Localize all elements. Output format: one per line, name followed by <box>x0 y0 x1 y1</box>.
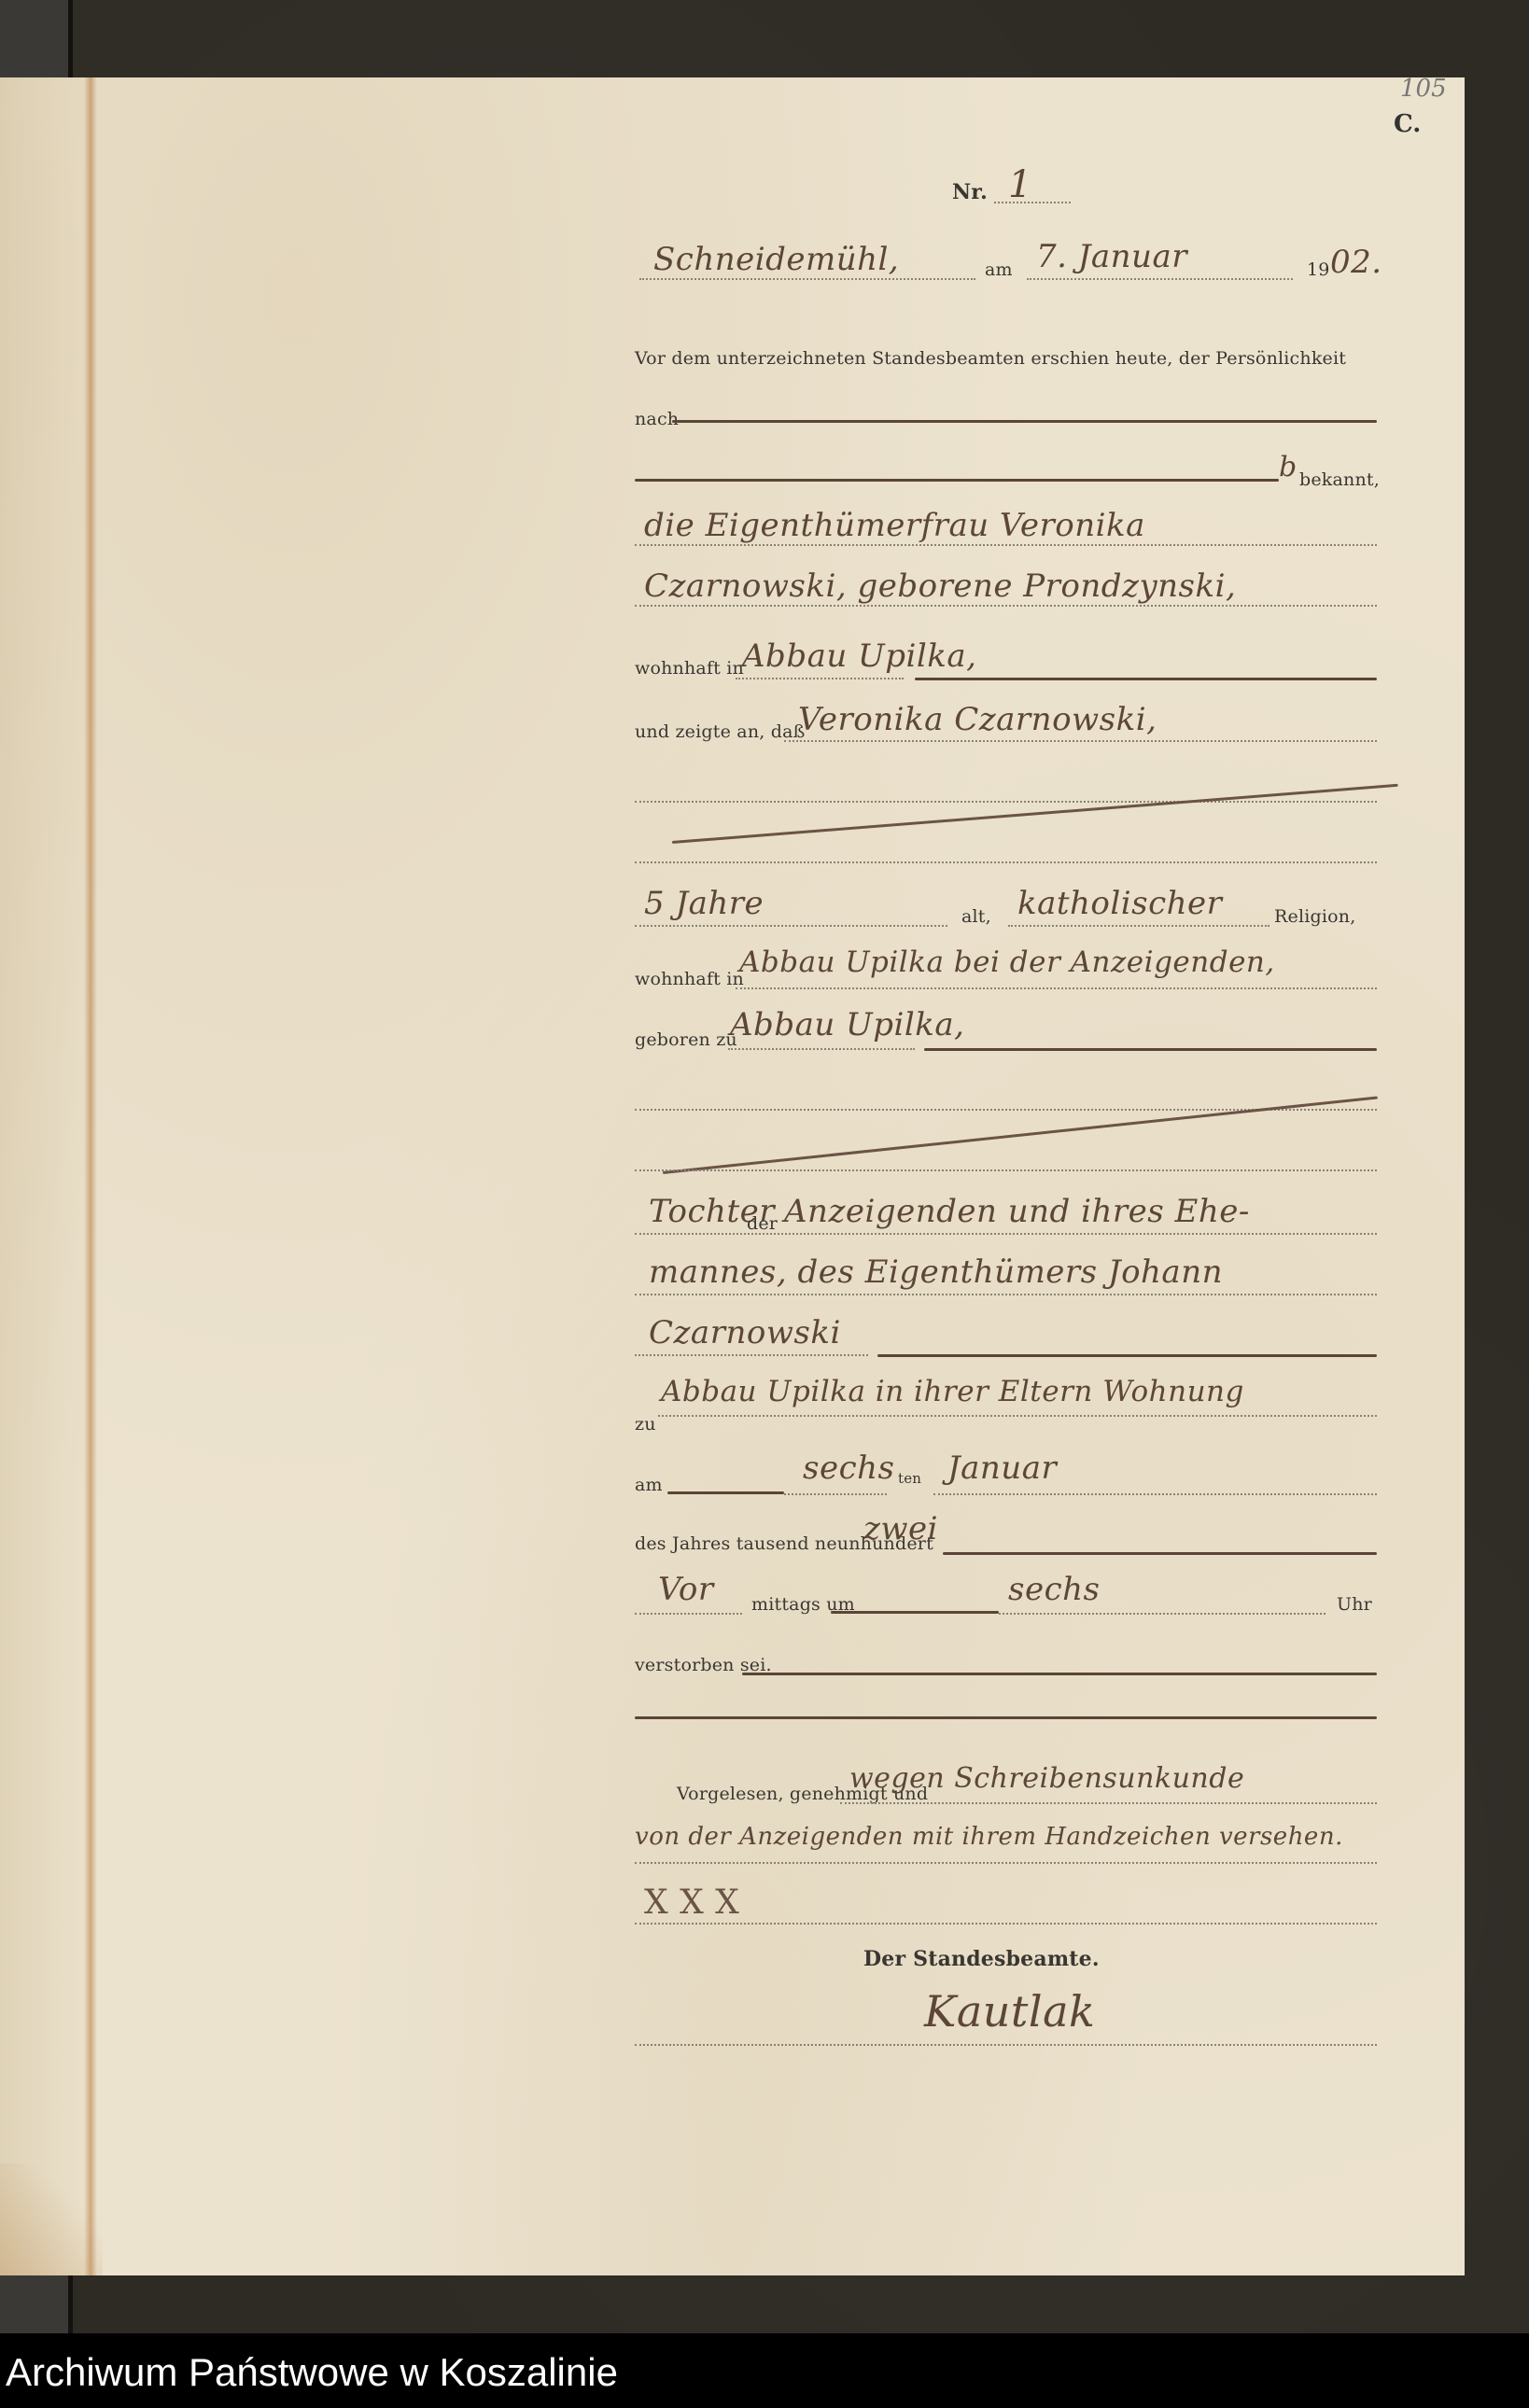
read-value-2: von der Anzeigenden mit ihrem Handzeiche… <box>635 1823 1343 1851</box>
time-dots <box>999 1613 1326 1615</box>
blank-dots-2 <box>635 861 1377 863</box>
gutter-stain <box>84 77 97 2275</box>
birthplace-dots <box>728 1048 915 1050</box>
read-dots-2 <box>635 1862 1377 1864</box>
informant-dots-2 <box>635 605 1377 607</box>
birthplace-strike-line <box>924 1048 1377 1051</box>
archive-institution-name: Archiwum Państwowe w Koszalinie <box>6 2350 618 2395</box>
informant-residence: Abbau Upilka, <box>742 637 976 675</box>
birthplace: Abbau Upilka, <box>730 1006 964 1043</box>
deceased-name: Veronika Czarnowski, <box>798 701 1157 738</box>
time-value: sechs <box>1008 1571 1100 1608</box>
religion-value: katholischer <box>1017 885 1222 922</box>
informant-line-2: Czarnowski, geborene Prondzynski, <box>644 567 1236 605</box>
marks-dots <box>635 1923 1377 1925</box>
religion-dots <box>1008 925 1269 927</box>
bekannt-label: bekannt, <box>1299 469 1380 490</box>
date-value: 7. Januar <box>1036 238 1187 275</box>
blank-dots-4 <box>635 1169 1377 1171</box>
death-place: Abbau Upilka in ihrer Eltern Wohnung <box>661 1375 1244 1408</box>
religion-label: Religion, <box>1274 906 1355 927</box>
death-day-dots <box>784 1493 887 1495</box>
bekannt-strike-line <box>635 479 1279 482</box>
age-value: 5 Jahre <box>644 885 764 922</box>
death-day-suffix: ten <box>898 1470 921 1487</box>
death-day-strike <box>667 1491 784 1494</box>
archive-series-mark: C. <box>1394 110 1421 138</box>
informant-residence-label: wohnhaft in <box>635 658 744 679</box>
blank-dots-1 <box>635 801 1377 803</box>
time-suffix: Uhr <box>1337 1594 1372 1615</box>
informant-line-1: die Eigenthümerfrau Veronika <box>644 507 1145 544</box>
nach-strike-line <box>672 420 1377 423</box>
archive-footer: Archiwum Państwowe w Koszalinie <box>0 2333 1529 2408</box>
form-number-dots <box>994 202 1071 203</box>
parents-line-2: mannes, des Eigenthümers Johann <box>649 1253 1223 1291</box>
residence-strike-line <box>915 678 1377 680</box>
parents-value-2: Anzeigenden und ihres Ehe- <box>784 1193 1250 1230</box>
death-month-dots <box>933 1493 1377 1495</box>
residence-dots <box>736 678 904 679</box>
death-day-label: am <box>635 1475 663 1495</box>
scan-background: 105 C. Nr. 1 Schneidemühl, am 7. Januar … <box>0 0 1529 2333</box>
form-number-label: Nr. <box>952 180 988 204</box>
death-month: Januar <box>947 1449 1057 1487</box>
deceased-dots <box>784 740 1377 742</box>
signature-dots <box>635 2044 1377 2046</box>
parents-line-3: Czarnowski <box>649 1314 841 1351</box>
death-year-strike <box>943 1552 1377 1555</box>
form-number-value: 1 <box>1008 163 1032 206</box>
read-value-1: wegen Schreibensunkunde <box>849 1762 1244 1795</box>
time-prefix-dots <box>635 1613 742 1615</box>
diagonal-strike-1 <box>672 784 1398 844</box>
corner-stain <box>0 2163 103 2275</box>
time-strike <box>831 1611 999 1614</box>
date-label: am <box>985 259 1013 280</box>
intro-text: Vor dem unterzeichneten Standesbeamten e… <box>635 348 1346 369</box>
parents-dots-3 <box>635 1354 868 1356</box>
place-dots <box>639 278 975 280</box>
informant-marks: X X X <box>644 1883 739 1922</box>
deceased-residence-label: wohnhaft in <box>635 969 744 989</box>
death-day: sechs <box>803 1449 894 1487</box>
date-dots <box>1027 278 1293 280</box>
place-value: Schneidemühl, <box>653 241 899 278</box>
parents-printed-der: der <box>747 1213 778 1234</box>
age-label: alt, <box>961 906 991 927</box>
death-year: zwei <box>863 1510 938 1547</box>
death-place-label: zu <box>635 1414 656 1435</box>
official-signature: Kautlak <box>924 1986 1095 2037</box>
deceased-residence: Abbau Upilka bei der Anzeigenden, <box>739 945 1275 979</box>
section-divider <box>635 1716 1377 1719</box>
death-place-dots <box>658 1415 1377 1417</box>
parents-dots-2 <box>635 1294 1377 1295</box>
age-dots <box>635 925 947 927</box>
year-suffix: 02. <box>1330 244 1382 281</box>
born-label: geboren zu <box>635 1029 737 1050</box>
read-dots-1 <box>840 1802 1377 1804</box>
informant-dots-1 <box>635 544 1377 546</box>
parents-strike-line <box>877 1354 1377 1357</box>
died-strike <box>742 1673 1377 1675</box>
deceased-residence-dots <box>736 987 1377 989</box>
announced-label: und zeigte an, daß <box>635 721 806 742</box>
nach-label: nach <box>635 409 679 429</box>
left-leaf-edge <box>0 77 89 2275</box>
death-record-form: Nr. 1 Schneidemühl, am 7. Januar 19 02. … <box>635 77 1382 2275</box>
official-title: Der Standesbeamte. <box>863 1947 1100 1971</box>
bekannt-prefix: b <box>1279 451 1298 483</box>
archive-page-number: 105 <box>1400 75 1447 103</box>
time-prefix: Vor <box>658 1571 714 1608</box>
year-prefix: 19 <box>1307 259 1330 280</box>
